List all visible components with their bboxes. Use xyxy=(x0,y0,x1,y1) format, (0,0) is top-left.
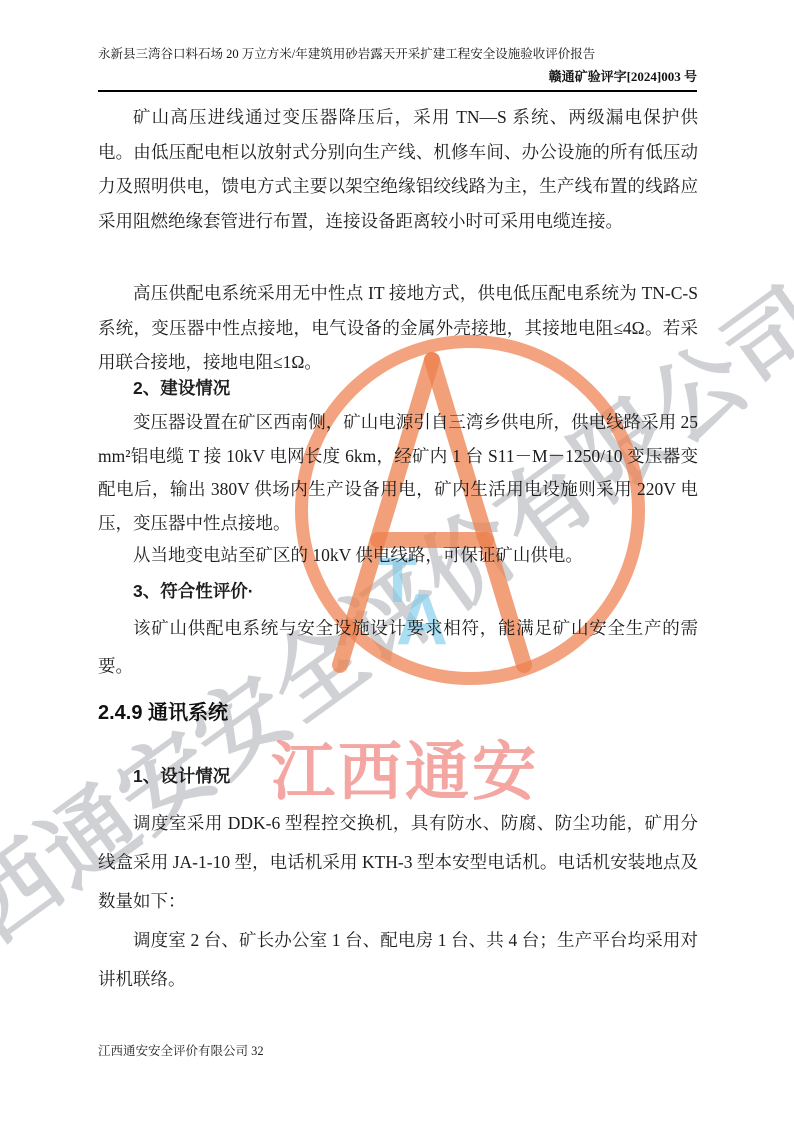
report-title-header: 永新县三湾谷口料石场 20 万立方米/年建筑用砂岩露天开采扩建工程安全设施验收评… xyxy=(98,46,697,62)
page-footer-company-page-number: 江西通安安全评价有限公司 32 xyxy=(98,1041,697,1059)
heading-design-status: 1、设计情况 xyxy=(98,762,698,790)
heading-construction-status: 2、建设情况 xyxy=(98,374,698,402)
paragraph-power-intake: 矿山高压进线通过变压器降压后，采用 TN—S 系统、两级漏电保护供电。由低压配电… xyxy=(98,100,698,238)
heading-section-communication-system: 2.4.9 通讯系统 xyxy=(98,700,698,726)
paragraph-transformer: 变压器设置在矿区西南侧，矿山电源引自三湾乡供电所，供电线路采用 25mm²铝电缆… xyxy=(98,406,698,540)
header-rule xyxy=(98,90,697,92)
document-page: 江西通安安全评价有限公司 T A 江西通安 永新县三湾谷口料石场 20 万立方米… xyxy=(0,0,794,1123)
paragraph-telephone-count: 调度室 2 台、矿长办公室 1 台、配电房 1 台、共 4 台；生产平台均采用对… xyxy=(98,921,698,999)
paragraph-telephone-system: 调度室采用 DDK-6 型程控交换机，具有防水、防腐、防尘功能，矿用分线盒采用 … xyxy=(98,804,698,921)
heading-conformity-evaluation: 3、符合性评价· xyxy=(98,577,698,605)
paragraph-power-line: 从当地变电站至矿区的 10kV 供电线路，可保证矿山供电。 xyxy=(98,541,698,569)
paragraph-grounding: 高压供配电系统采用无中性点 IT 接地方式，供电低压配电系统为 TN-C-S 系… xyxy=(98,276,698,380)
document-number: 赣通矿验评字[2024]003 号 xyxy=(98,66,697,85)
paragraph-conformity-conclusion: 该矿山供配电系统与安全设施设计要求相符，能满足矿山安全生产的需要。 xyxy=(98,609,698,685)
document-content: 永新县三湾谷口料石场 20 万立方米/年建筑用砂岩露天开采扩建工程安全设施验收评… xyxy=(0,0,794,1123)
